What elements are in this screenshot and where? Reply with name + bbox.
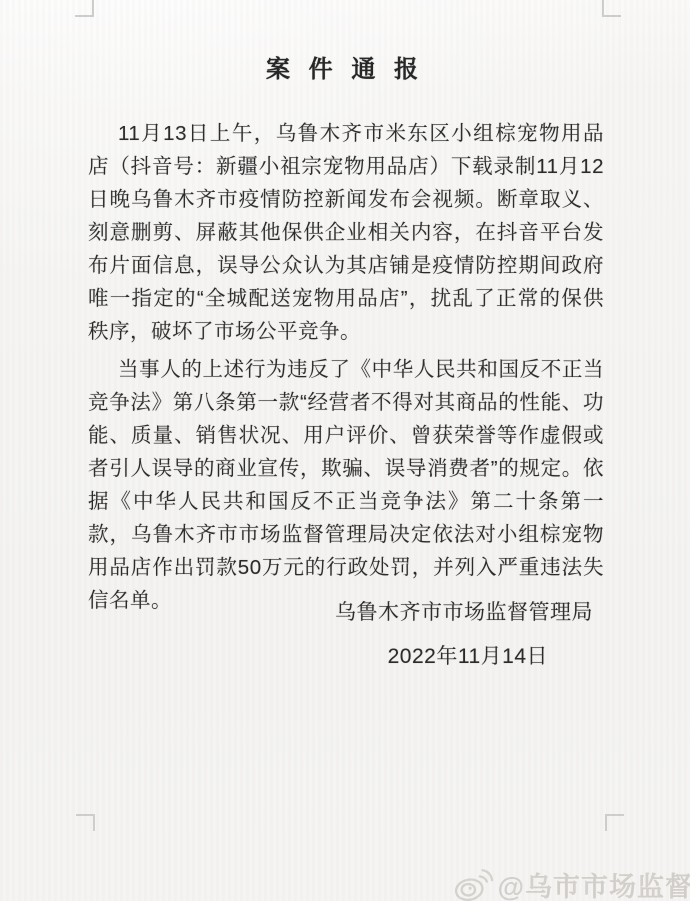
paragraph-decision: 当事人的上述行为违反了《中华人民共和国反不正当竞争法》第八条第一款“经营者不得对… — [88, 353, 604, 617]
corner-mark-bottom-right — [605, 814, 624, 831]
watermark: @乌市市场监督 — [453, 864, 690, 901]
corner-mark-top-right — [602, 0, 621, 17]
watermark-text: @乌市市场监督 — [498, 865, 690, 901]
weibo-icon — [453, 864, 495, 901]
issuer-signature: 乌鲁木齐市市场监督管理局 — [335, 596, 593, 626]
page-title: 案 件 通 报 — [0, 49, 690, 84]
corner-mark-top-left — [75, 0, 94, 17]
corner-mark-bottom-left — [76, 814, 95, 831]
document-body: 11月13日上午，乌鲁木齐市米东区小组棕宠物用品店（抖音号：新疆小祖宗宠物用品店… — [88, 117, 604, 617]
paragraph-facts: 11月13日上午，乌鲁木齐市米东区小组棕宠物用品店（抖音号：新疆小祖宗宠物用品店… — [88, 117, 604, 348]
document-page: 案 件 通 报 11月13日上午，乌鲁木齐市米东区小组棕宠物用品店（抖音号：新疆… — [0, 0, 690, 901]
issue-date: 2022年11月14日 — [388, 640, 548, 670]
